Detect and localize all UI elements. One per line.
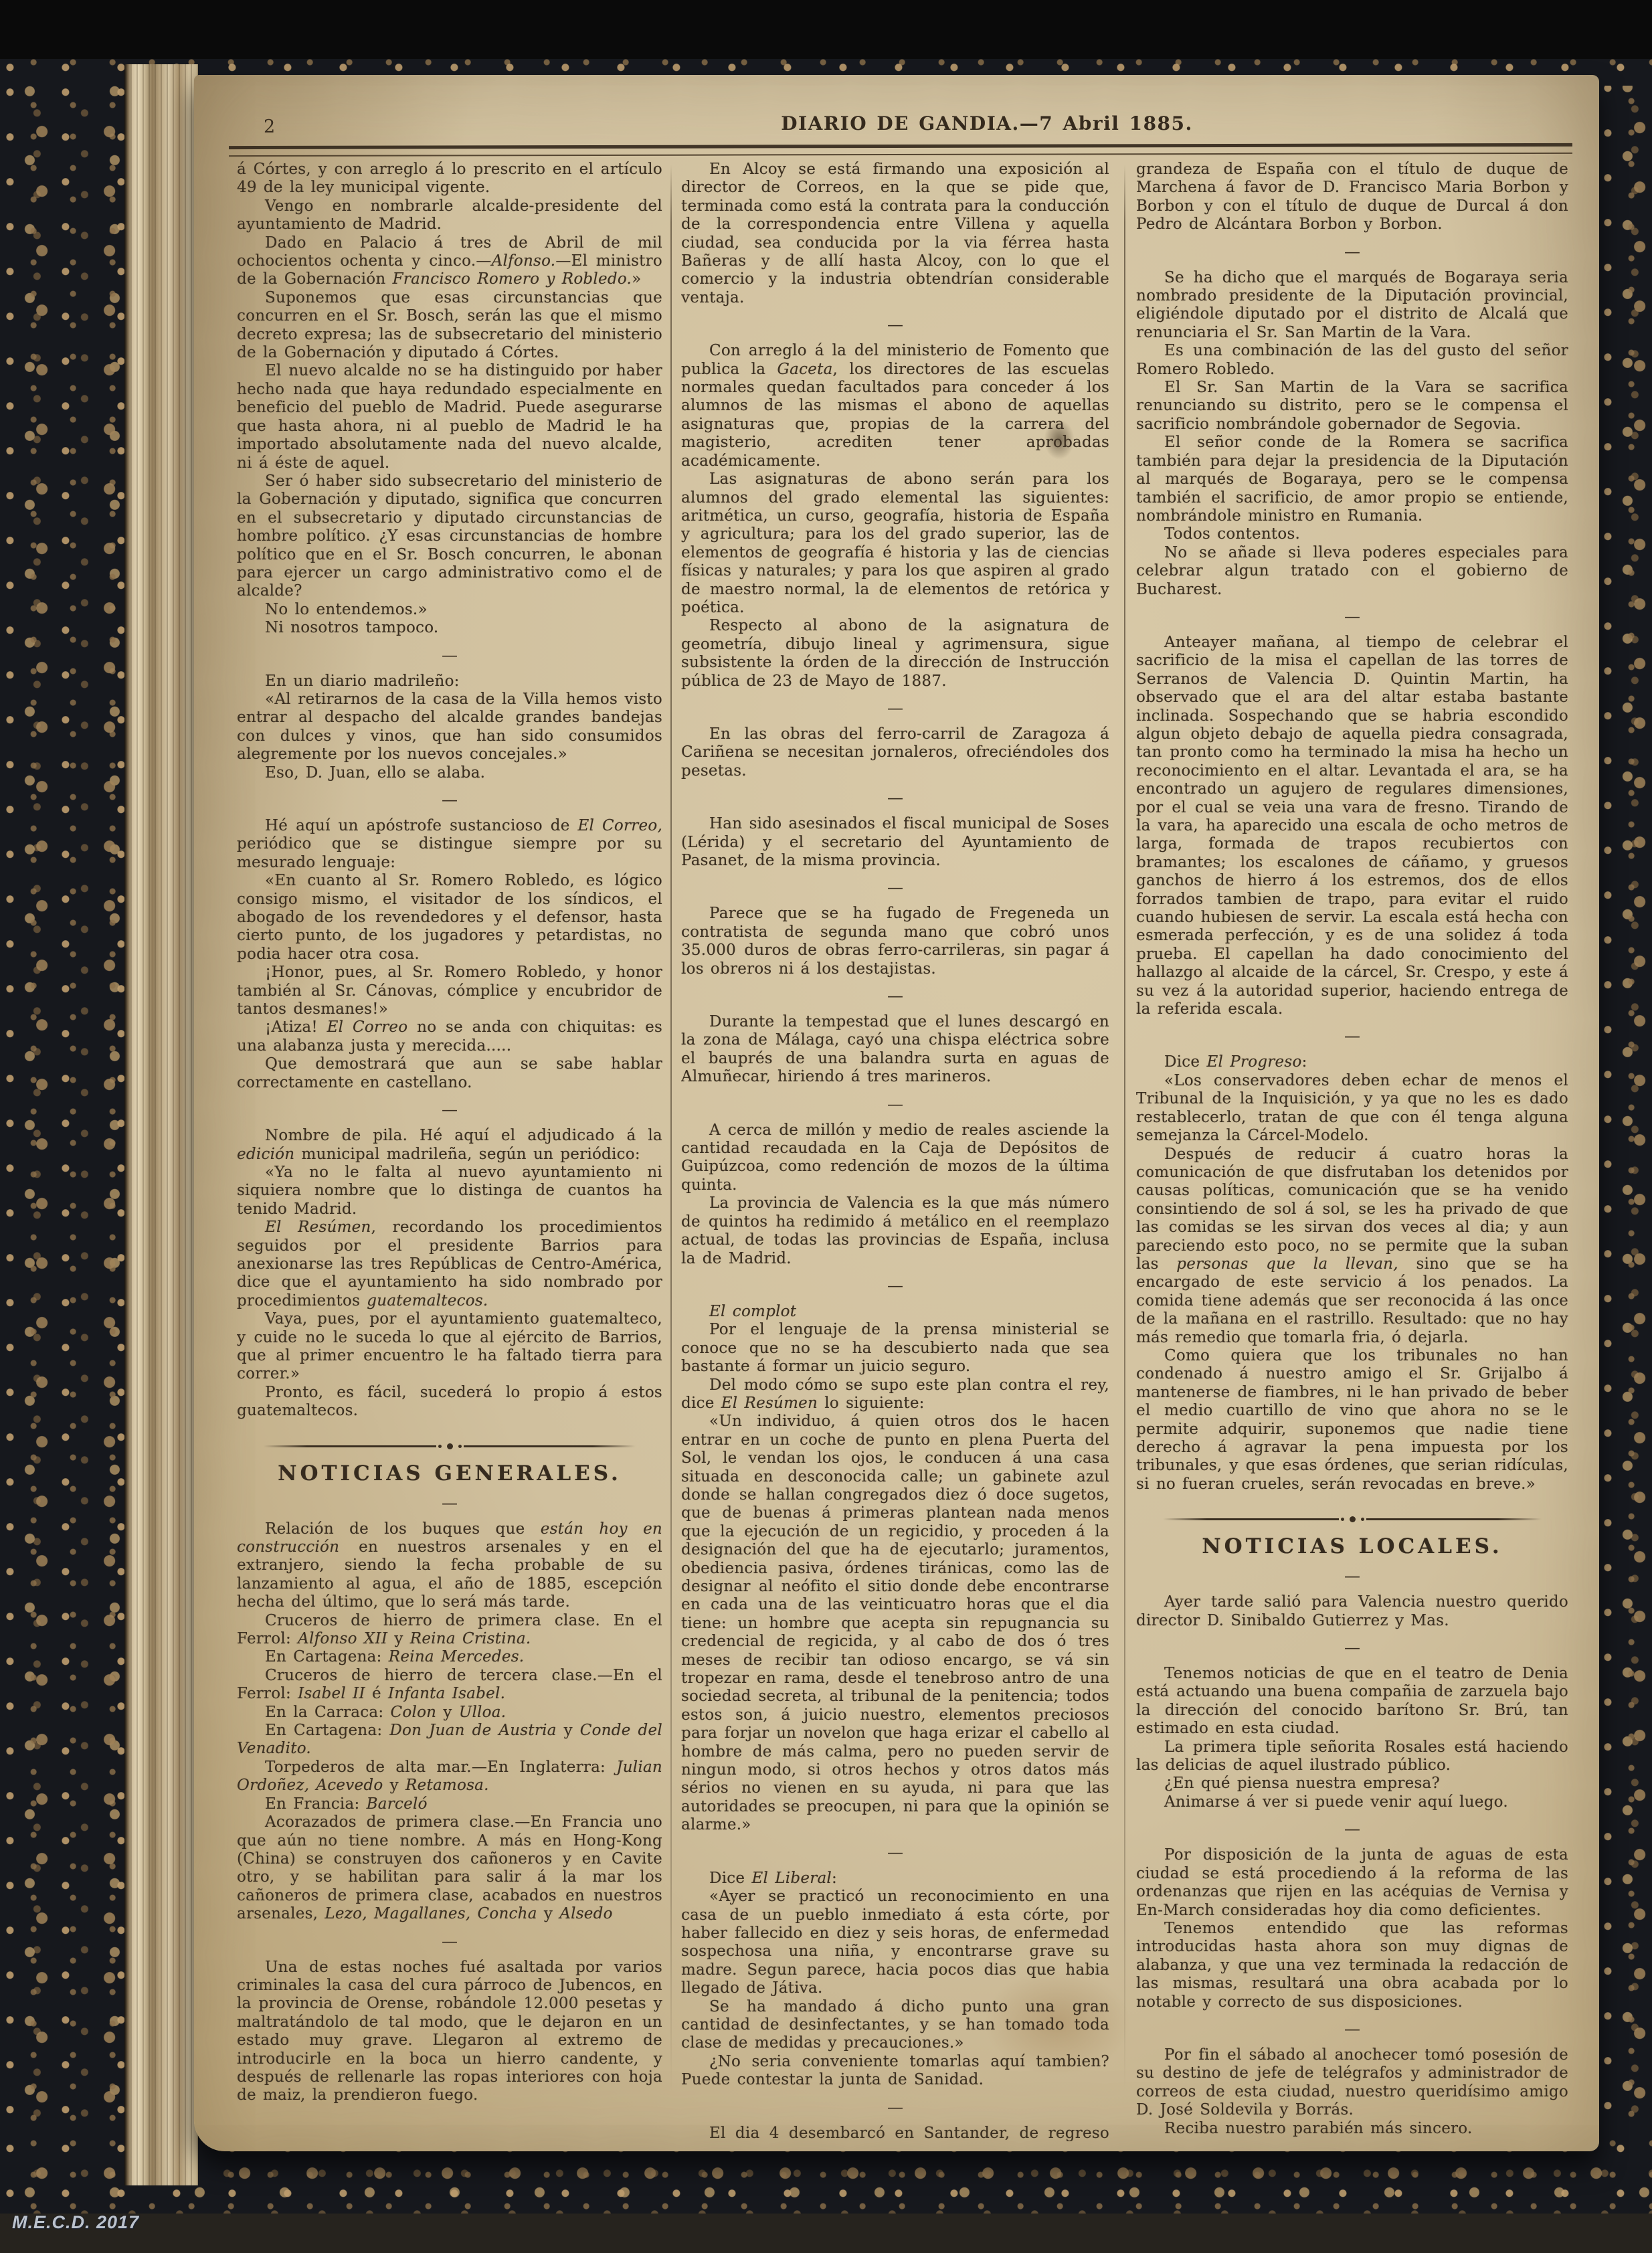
item-divider: —: [1136, 1820, 1568, 1837]
paragraph: Reciba nuestro parabién más sincero.: [1136, 2120, 1568, 2138]
section-heading: NOTICIAS LOCALES.: [1136, 1534, 1568, 1558]
item-divider: —: [681, 1277, 1109, 1294]
paragraph: La primera tiple señorita Rosales está h…: [1136, 1738, 1568, 1775]
paragraph: En Cartagena: Don Juan de Austria y Cond…: [237, 1722, 662, 1759]
item-divider: —: [681, 879, 1109, 896]
paragraph: ¿En qué piensa nuestra empresa?: [1136, 1775, 1568, 1793]
paragraph: Tenemos entendido que las reformas intro…: [1136, 1920, 1568, 2011]
paragraph: En las obras del ferro-carril de Zaragoz…: [681, 725, 1109, 780]
page-stack-fore-edges: [124, 64, 198, 2185]
item-divider: —: [1136, 1639, 1568, 1656]
paragraph: Animarse á ver si puede venir aquí luego…: [1136, 1793, 1568, 1811]
paragraph: Vaya, pues, por el ayuntamiento guatemal…: [237, 1310, 662, 1384]
paragraph: grandeza de España con el título de duqu…: [1136, 161, 1568, 234]
column-1: á Córtes, y con arreglo á lo prescrito e…: [237, 161, 662, 2141]
paragraph: Que demostrará que aun se sabe hablar co…: [237, 1055, 662, 1092]
paragraph: El Sr. San Martin de la Vara se sacrific…: [1136, 379, 1568, 434]
paragraph: Pronto, es fácil, sucederá lo propio á e…: [237, 1384, 662, 1421]
paragraph: ¿No seria conveniente tomarlas aquí tamb…: [681, 2053, 1109, 2090]
paragraph: Cruceros de hierro de tercera clase.—En …: [237, 1667, 662, 1704]
item-divider: —: [237, 1932, 662, 1950]
item-divider: —: [681, 987, 1109, 1004]
paragraph: Ni nosotros tampoco.: [237, 619, 662, 637]
item-divider: —: [681, 1843, 1109, 1861]
paragraph: Después de reducir á cuatro horas la com…: [1136, 1146, 1568, 1347]
paragraph: Ser ó haber sido subsecretario del minis…: [237, 472, 662, 601]
paragraph: En Cartagena: Reina Mercedes.: [237, 1648, 662, 1666]
paragraph: Cruceros de hierro de primera clase. En …: [237, 1612, 662, 1649]
paragraph: Se ha mandado á dicho punto una gran can…: [681, 1998, 1109, 2053]
paragraph: Es una combinación de las del gusto del …: [1136, 342, 1568, 379]
item-divider: —: [681, 2098, 1109, 2116]
masthead-double-rule: [229, 143, 1572, 157]
paragraph: ¡Honor, pues, al Sr. Romero Robledo, y h…: [237, 964, 662, 1018]
paragraph: El nuevo alcalde no se ha distinguido po…: [237, 362, 662, 472]
item-divider: —: [1136, 1027, 1568, 1045]
paragraph: No lo entendemos.»: [237, 601, 662, 619]
paragraph: Con arreglo á la del ministerio de Fomen…: [681, 342, 1109, 470]
column-rule-1: [670, 165, 672, 2092]
paragraph: «Un individuo, á quien otros dos le hace…: [681, 1413, 1109, 1834]
column-rule-2: [1124, 165, 1125, 2092]
ornament-divider: [1163, 1516, 1542, 1522]
newspaper-page: 2 DIARIO DE GANDIA.—7 Abril 1885. á Córt…: [194, 75, 1599, 2151]
photo-background-top: [0, 0, 1652, 59]
archive-watermark: M.E.C.D. 2017: [12, 2212, 139, 2233]
paragraph: ¡Atiza! El Correo no se anda con chiquit…: [237, 1018, 662, 1055]
paragraph: En Francia: Barceló: [237, 1795, 662, 1813]
column-3: grandeza de España con el título de duqu…: [1136, 161, 1568, 2141]
item-divider: —: [1136, 1567, 1568, 1585]
paragraph: En un diario madrileño:: [237, 672, 662, 691]
paragraph: Eso, D. Juan, ello se alaba.: [237, 764, 662, 782]
section-heading: NOTICIAS GENERALES.: [237, 1461, 662, 1485]
text-columns: á Córtes, y con arreglo á lo prescrito e…: [194, 161, 1599, 2141]
item-divider: —: [1136, 243, 1568, 260]
paragraph: Por el lenguaje de la prensa ministerial…: [681, 1321, 1109, 1376]
paragraph: El dia 4 desembarcó en Santander, de reg…: [681, 2125, 1109, 2141]
paragraph: Suponemos que esas circunstancias que co…: [237, 289, 662, 363]
item-divider: —: [1136, 2020, 1568, 2038]
item-divider: —: [237, 1494, 662, 1512]
paragraph: Por fin el sábado al anochecer tomó pose…: [1136, 2046, 1568, 2120]
ornament-divider: [264, 1443, 636, 1449]
book-cover-left: [0, 37, 131, 2232]
paragraph: Acorazados de primera clase.—En Francia …: [237, 1813, 662, 1923]
paragraph: El Resúmen, recordando los procedimiento…: [237, 1219, 662, 1310]
item-divider: —: [681, 1095, 1109, 1113]
paragraph: Hé aquí un apóstrofe sustancioso de El C…: [237, 817, 662, 872]
item-divider: —: [681, 316, 1109, 333]
paragraph: Han sido asesinados el fiscal municipal …: [681, 815, 1109, 870]
paragraph: Tenemos noticias de que en el teatro de …: [1136, 1665, 1568, 1738]
paragraph: «Ya no le falta al nuevo ayuntamiento ni…: [237, 1164, 662, 1219]
paragraph: Durante la tempestad que el lunes descar…: [681, 1013, 1109, 1087]
item-divider: —: [237, 646, 662, 664]
paragraph: Nombre de pila. Hé aquí el adjudicado á …: [237, 1127, 662, 1164]
photo-of-bound-newspaper: 2 DIARIO DE GANDIA.—7 Abril 1885. á Córt…: [0, 0, 1652, 2253]
paragraph: En la Carraca: Colon y Ulloa.: [237, 1704, 662, 1722]
item-divider: —: [681, 789, 1109, 806]
book-cover-right: [1598, 33, 1652, 2235]
paragraph: Ayer tarde salió para Valencia nuestro q…: [1136, 1593, 1568, 1630]
paragraph: A cerca de millón y medio de reales asci…: [681, 1121, 1109, 1195]
paragraph: Una de estas noches fué asaltada por var…: [237, 1959, 662, 2105]
paragraph: Dado en Palacio á tres de Abril de mil o…: [237, 234, 662, 289]
paragraph: Respecto al abono de la asignatura de ge…: [681, 617, 1109, 691]
paragraph: Las asignaturas de abono serán para los …: [681, 470, 1109, 617]
paragraph: Torpederos de alta mar.—En Inglaterra: J…: [237, 1759, 662, 1795]
paragraph: Vengo en nombrarle alcalde-presidente de…: [237, 197, 662, 234]
paragraph: á Córtes, y con arreglo á lo prescrito e…: [237, 161, 662, 197]
item-divider: —: [1136, 608, 1568, 625]
column-2: En Alcoy se está firmando una exposición…: [681, 161, 1109, 2141]
item-divider: —: [681, 699, 1109, 717]
item-divider: —: [237, 1101, 662, 1118]
paragraph: La provincia de Valencia es la que más n…: [681, 1194, 1109, 1268]
paragraph: Parece que se ha fugado de Fregeneda un …: [681, 905, 1109, 978]
paragraph: «Los conservadores deben echar de menos …: [1136, 1072, 1568, 1146]
item-divider: —: [237, 791, 662, 808]
paragraph: Anteayer mañana, al tiempo de celebrar e…: [1136, 634, 1568, 1019]
paragraph: Dice El Progreso:: [1136, 1053, 1568, 1071]
paragraph: No se añade si lleva poderes especiales …: [1136, 544, 1568, 599]
paragraph: Todos contentos.: [1136, 525, 1568, 543]
paragraph: Por disposición de la junta de aguas de …: [1136, 1846, 1568, 1920]
masthead-title: DIARIO DE GANDIA.—7 Abril 1885.: [234, 112, 1572, 134]
paragraph: Se ha dicho que el marqués de Bogaraya s…: [1136, 269, 1568, 343]
paragraph: «En cuanto al Sr. Romero Robledo, es lóg…: [237, 872, 662, 964]
paragraph: El señor conde de la Romera se sacrifica…: [1136, 434, 1568, 525]
paragraph: El complot: [681, 1303, 1109, 1321]
photo-background-bottom: [0, 2214, 1652, 2253]
paragraph: Relación de los buques que están hoy en …: [237, 1520, 662, 1612]
paragraph: Como quiera que los tribunales no han co…: [1136, 1347, 1568, 1494]
paragraph: «Al retirarnos de la casa de la Villa he…: [237, 691, 662, 764]
paragraph: Del modo cómo se supo este plan contra e…: [681, 1376, 1109, 1413]
paragraph: Dice El Liberal:: [681, 1870, 1109, 1888]
paragraph: En Alcoy se está firmando una exposición…: [681, 161, 1109, 307]
paragraph: «Ayer se practicó un reconocimiento en u…: [681, 1888, 1109, 1997]
